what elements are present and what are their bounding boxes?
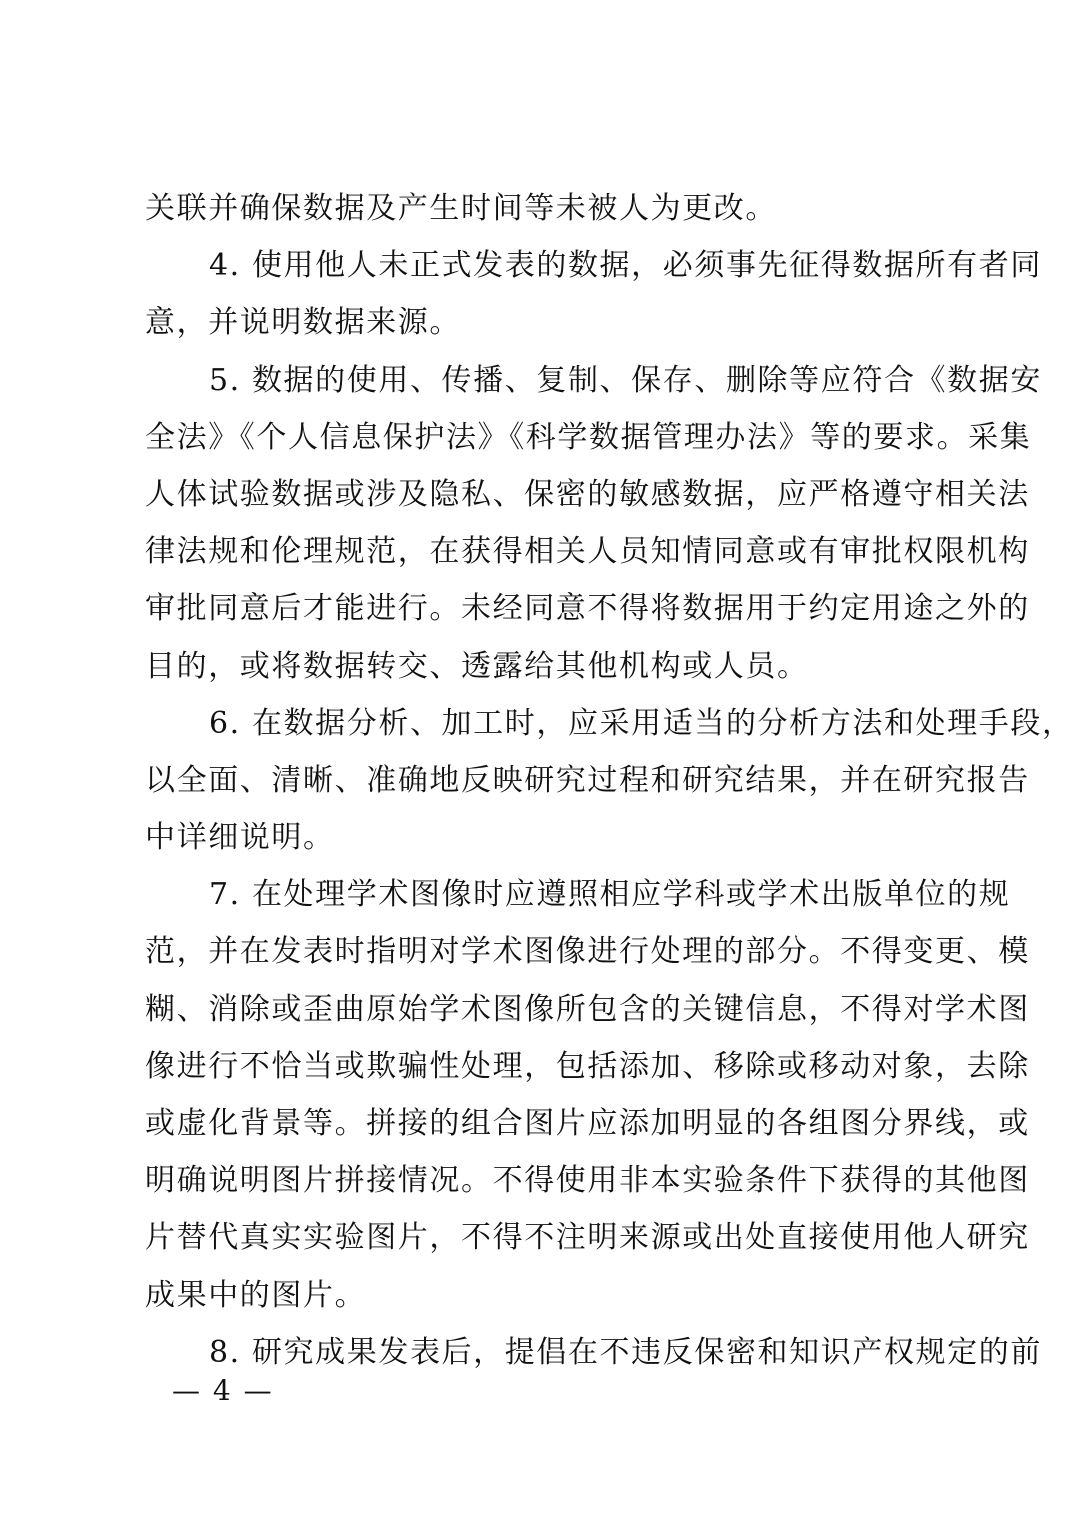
- item-6-line: 6. 在数据分析、加工时，应采用适当的分析方法和处理手段，: [145, 695, 931, 752]
- text-line: 目的，或将数据转交、透露给其他机构或人员。: [145, 638, 931, 695]
- text-line: 意，并说明数据来源。: [145, 294, 931, 351]
- body-text: 关联并确保数据及产生时间等未被人为更改。 4. 使用他人未正式发表的数据，必须事…: [145, 180, 931, 1381]
- text-line: 范，并在发表时指明对学术图像进行处理的部分。不得变更、模: [145, 923, 931, 980]
- text-line: 片替代真实实验图片，不得不注明来源或出处直接使用他人研究: [145, 1209, 931, 1266]
- item-8-line: 8. 研究成果发表后，提倡在不违反保密和知识产权规定的前: [145, 1324, 931, 1381]
- text-line: 糊、消除或歪曲原始学术图像所包含的关键信息，不得对学术图: [145, 981, 931, 1038]
- text-line: 或虚化背景等。拼接的组合图片应添加明显的各组图分界线，或: [145, 1095, 931, 1152]
- item-7-line: 7. 在处理学术图像时应遵照相应学科或学术出版单位的规: [145, 866, 931, 923]
- text-line: 人体试验数据或涉及隐私、保密的敏感数据，应严格遵守相关法: [145, 466, 931, 523]
- text-line: 像进行不恰当或欺骗性处理，包括添加、移除或移动对象，去除: [145, 1038, 931, 1095]
- text-line: 明确说明图片拼接情况。不得使用非本实验条件下获得的其他图: [145, 1152, 931, 1209]
- text-line: 中详细说明。: [145, 809, 931, 866]
- text-line: 关联并确保数据及产生时间等未被人为更改。: [145, 180, 931, 237]
- item-5-line: 5. 数据的使用、传播、复制、保存、删除等应符合《数据安: [145, 352, 931, 409]
- text-line: 以全面、清晰、准确地反映研究过程和研究结果，并在研究报告: [145, 752, 931, 809]
- text-line: 全法》《个人信息保护法》《科学数据管理办法》等的要求。采集: [145, 409, 931, 466]
- item-4-line: 4. 使用他人未正式发表的数据，必须事先征得数据所有者同: [145, 237, 931, 294]
- text-line: 律法规和伦理规范，在获得相关人员知情同意或有审批权限机构: [145, 523, 931, 580]
- document-page: 关联并确保数据及产生时间等未被人为更改。 4. 使用他人未正式发表的数据，必须事…: [0, 0, 1074, 1520]
- text-line: 审批同意后才能进行。未经同意不得将数据用于约定用途之外的: [145, 580, 931, 637]
- page-number: — 4 —: [172, 1374, 274, 1408]
- text-line: 成果中的图片。: [145, 1267, 931, 1324]
